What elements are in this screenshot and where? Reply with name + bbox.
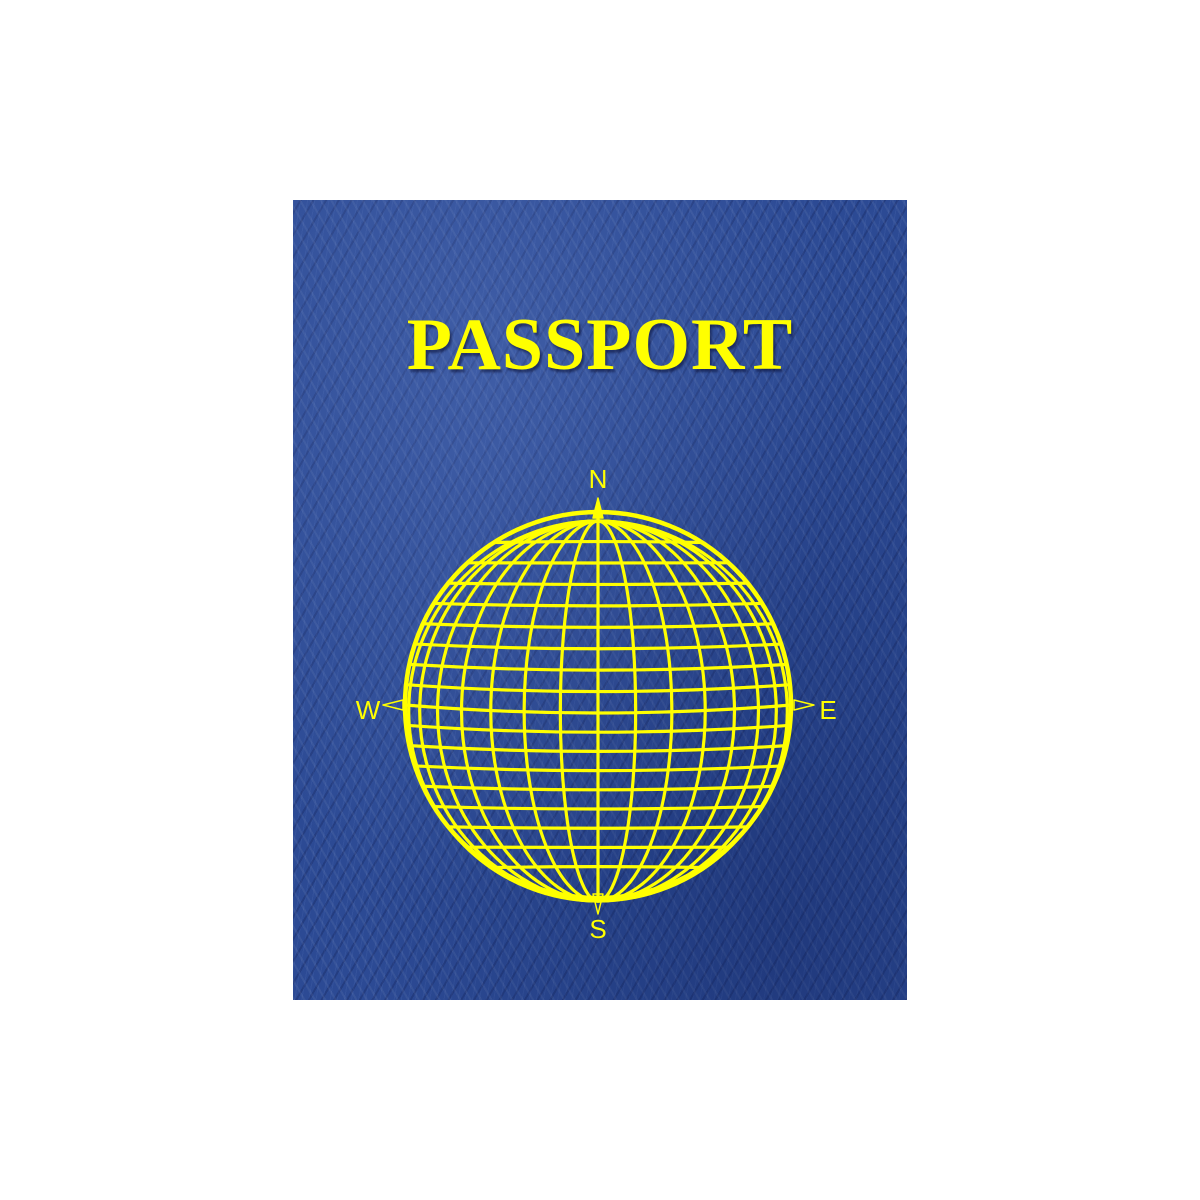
globe-compass-icon [293, 200, 907, 1000]
compass-south-label: S [583, 916, 613, 942]
compass-north-label: N [583, 466, 613, 492]
passport-cover: PASSPORT N S W E [293, 200, 907, 1000]
compass-east-label: E [813, 697, 843, 723]
compass-west-label: W [353, 697, 383, 723]
